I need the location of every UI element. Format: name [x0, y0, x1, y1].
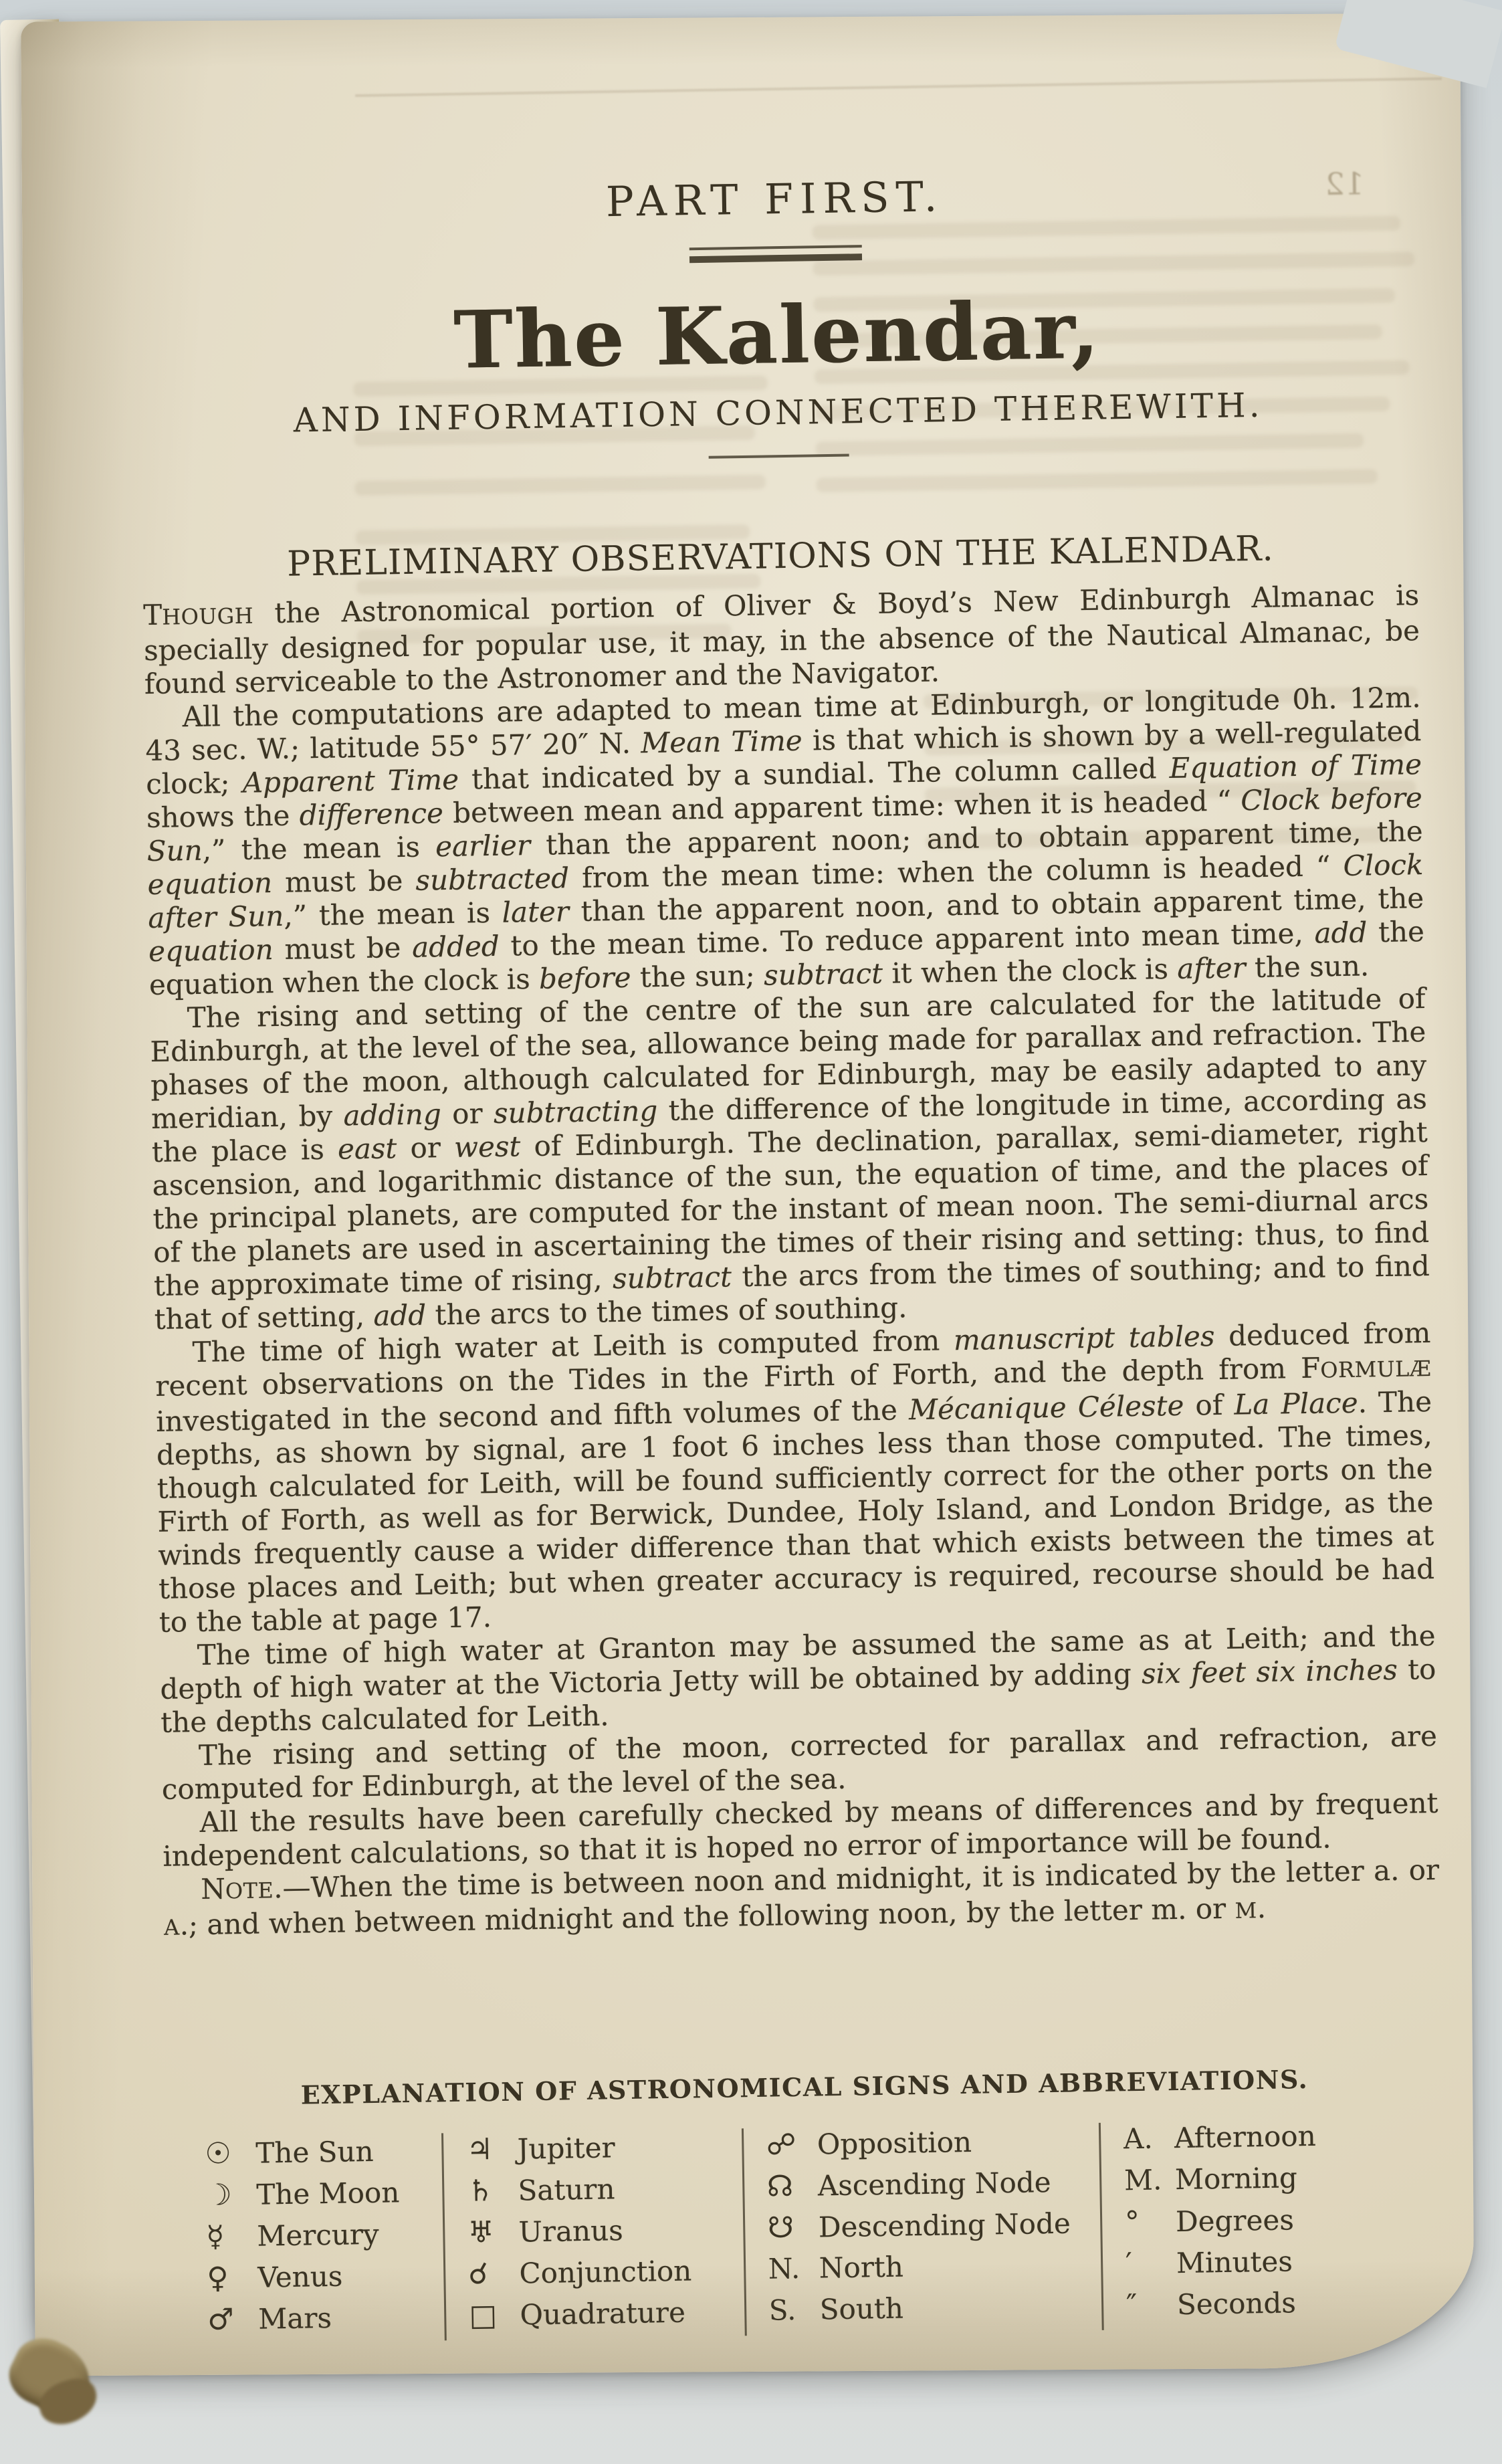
bleed-through-rule [355, 77, 1442, 97]
sign-entry: ☊Ascending Node [766, 2164, 1099, 2211]
sign-label: South [819, 2292, 903, 2326]
sign-label: Afternoon [1174, 2120, 1316, 2154]
part-title: PART FIRST. [136, 165, 1413, 233]
sign-entry: A.Afternoon [1123, 2118, 1444, 2164]
paragraph: The time of high water at Leith is compu… [154, 1316, 1435, 1639]
sign-label: Conjunction [519, 2255, 692, 2290]
paragraph: All the computations are adapted to mean… [144, 681, 1425, 1002]
sign-label: Ascending Node [818, 2166, 1051, 2202]
sign-symbol: ♄ [467, 2174, 518, 2209]
photo-backdrop: { "photo": { "colors": { "backdrop": "#d… [0, 0, 1502, 2464]
sign-entry: ♀Venus [207, 2257, 444, 2303]
paragraph: The time of high water at Granton may be… [159, 1619, 1436, 1740]
sign-entry: ♃Jupiter [466, 2128, 742, 2174]
sign-entry: ☌Conjunction [468, 2253, 744, 2298]
sign-entry: ☽The Moon [205, 2174, 443, 2220]
sign-symbol: ′ [1125, 2246, 1177, 2281]
sign-entry: ♅Uranus [467, 2211, 743, 2257]
subtitle-divider [709, 453, 849, 458]
sign-symbol: ☿ [206, 2219, 257, 2254]
subtitle: AND INFORMATION CONNECTED THEREWITH. [140, 383, 1416, 442]
sign-label: Uranus [518, 2214, 623, 2248]
sign-label: Morning [1175, 2161, 1298, 2196]
sign-symbol: ♅ [467, 2215, 519, 2250]
section-heading: PRELIMINARY OBSERVATIONS ON THE KALENDAR… [142, 526, 1419, 587]
sign-symbol: N. [768, 2252, 819, 2285]
printed-content: PART FIRST. The Kalendar, AND INFORMATIO… [136, 165, 1446, 2352]
sign-symbol: ″ [1126, 2287, 1178, 2322]
sign-entry: ☉The Sun [205, 2133, 442, 2178]
sign-entry: ♂Mars [207, 2299, 445, 2344]
sign-symbol: M. [1124, 2163, 1176, 2196]
sign-label: Venus [257, 2260, 343, 2294]
divider-thin-rule [689, 245, 862, 250]
paragraph: THOUGH the Astronomical portion of Olive… [143, 579, 1420, 701]
sign-symbol: ♃ [466, 2132, 518, 2167]
sign-label: The Moon [256, 2176, 400, 2211]
sign-entry: ☿Mercury [206, 2216, 443, 2261]
explanation-heading: EXPLANATION OF ASTRONOMICAL SIGNS AND AB… [167, 2062, 1442, 2112]
sign-entry: °Degrees [1125, 2200, 1445, 2247]
sign-symbol: ☽ [205, 2178, 257, 2213]
explanation-section: EXPLANATION OF ASTRONOMICAL SIGNS AND AB… [167, 2062, 1446, 2352]
sign-symbol: ♀ [207, 2261, 258, 2295]
sign-symbol: S. [768, 2293, 820, 2327]
divider-thick-rule [689, 253, 862, 263]
sign-entry: S.South [768, 2289, 1101, 2336]
sign-label: Mercury [257, 2218, 379, 2253]
sign-entry: ☋Descending Node [767, 2206, 1100, 2253]
sign-entry: N.North [768, 2247, 1101, 2294]
paragraph: The rising and setting of the centre of … [149, 982, 1430, 1336]
sign-entry: ″Seconds [1126, 2283, 1446, 2330]
sign-label: Opposition [817, 2126, 972, 2161]
sign-symbol: ♂ [207, 2302, 259, 2337]
sign-symbol: ☉ [205, 2136, 256, 2171]
sign-symbol: ☌ [468, 2257, 520, 2291]
title-divider [689, 245, 862, 263]
sign-entry: ′Minutes [1125, 2242, 1446, 2289]
sign-label: Quadrature [520, 2296, 685, 2332]
sign-symbol: □ [469, 2298, 520, 2333]
sign-label: Descending Node [818, 2207, 1071, 2244]
sign-symbol: ☍ [766, 2128, 818, 2162]
sign-entry: ☍Opposition [766, 2123, 1099, 2170]
main-title: The Kalendar, [138, 278, 1416, 391]
sign-label: Mars [258, 2301, 332, 2336]
sign-label: Saturn [518, 2172, 615, 2206]
signs-column: A.AfternoonM.Morning°Degrees′Minutes″Sec… [1099, 2118, 1446, 2330]
book-page: 12 PART FIRST. Th [21, 13, 1474, 2376]
sign-label: Jupiter [517, 2131, 615, 2165]
sign-label: Seconds [1177, 2286, 1297, 2321]
page-content: 12 PART FIRST. Th [9, 6, 1485, 2382]
sign-symbol: ☋ [767, 2211, 819, 2245]
sign-entry: □Quadrature [469, 2294, 744, 2340]
sign-symbol: A. [1123, 2122, 1175, 2155]
sign-symbol: ☊ [766, 2169, 818, 2204]
signs-table: ☉The Sun☽The Moon☿Mercury♀Venus♂Mars♃Jup… [167, 2115, 1446, 2352]
sign-symbol: ° [1125, 2204, 1176, 2239]
sign-label: The Sun [255, 2135, 374, 2170]
signs-column: ☍Opposition☊Ascending Node☋Descending No… [742, 2123, 1102, 2336]
sign-label: North [819, 2251, 903, 2285]
sign-label: Minutes [1176, 2245, 1293, 2279]
paragraph-list: THOUGH the Astronomical portion of Olive… [143, 579, 1440, 1944]
signs-column: ☉The Sun☽The Moon☿Mercury♀Venus♂Mars [167, 2133, 445, 2344]
sign-entry: ♄Saturn [467, 2170, 742, 2215]
signs-column: ♃Jupiter♄Saturn♅Uranus☌Conjunction□Quadr… [441, 2128, 744, 2340]
sign-label: Degrees [1176, 2203, 1295, 2238]
sign-entry: M.Morning [1124, 2159, 1444, 2206]
